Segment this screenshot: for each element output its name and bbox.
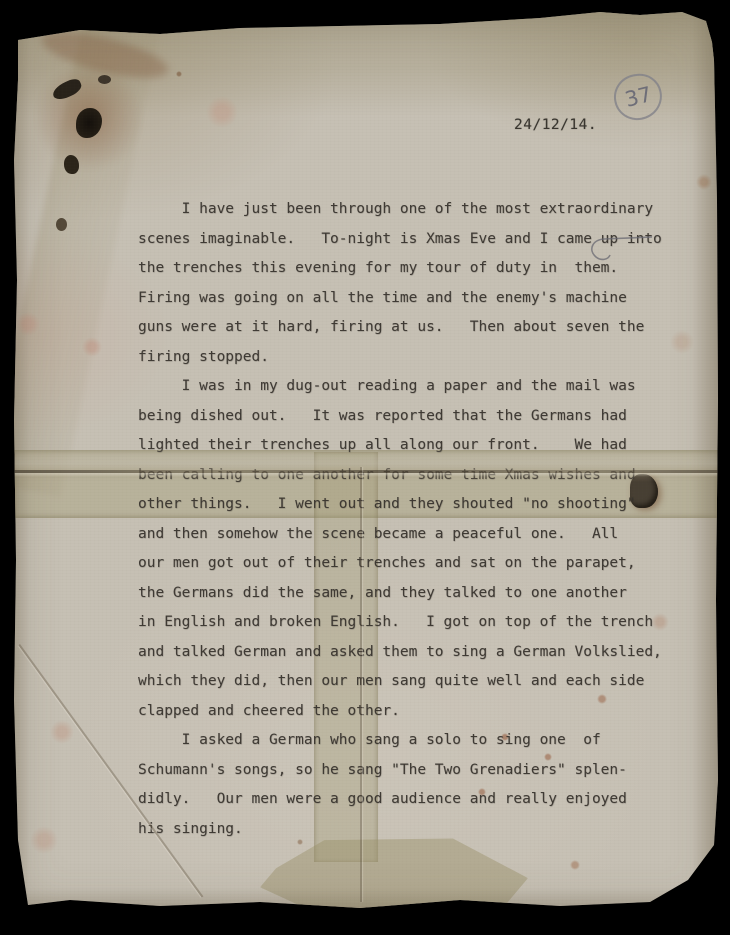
photo-background: 37 24/12/14. I have just been through on… xyxy=(0,0,730,935)
letter-page: 37 24/12/14. I have just been through on… xyxy=(14,12,718,910)
paper-vignette xyxy=(14,12,718,910)
